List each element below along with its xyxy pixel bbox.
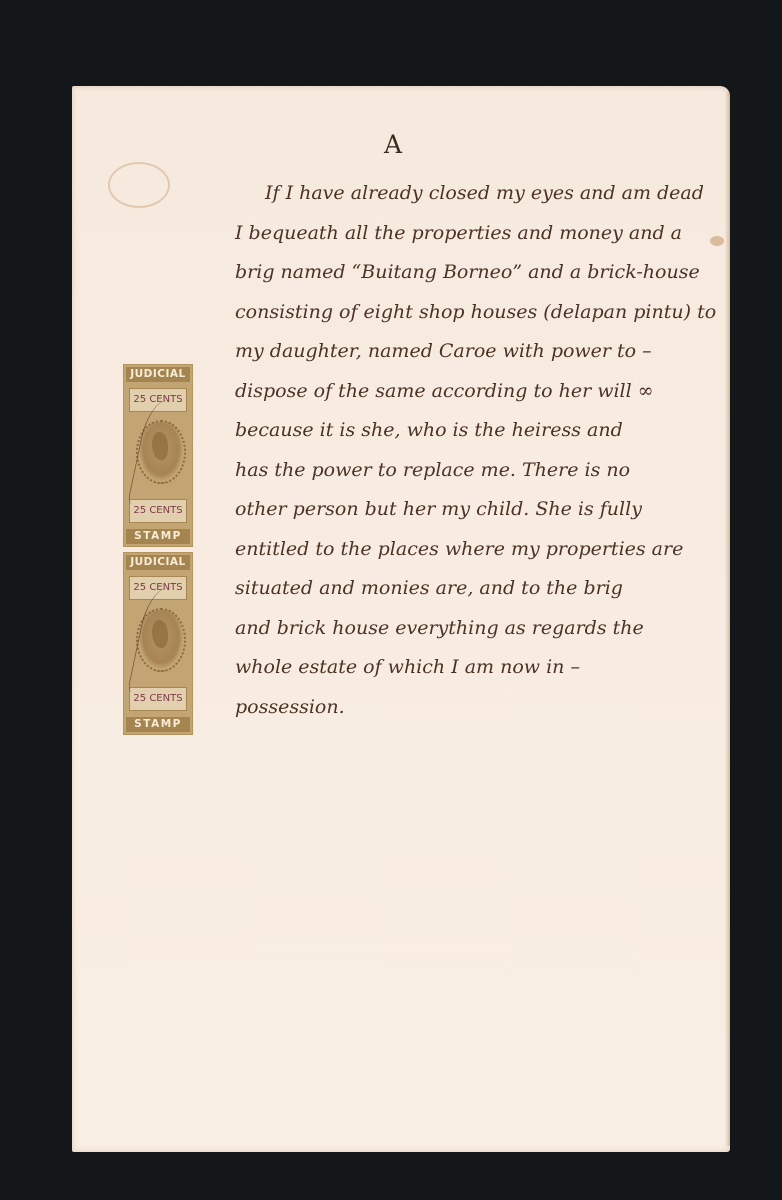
text-line: whole estate of which I am now in –: [235, 648, 730, 688]
text-line: dispose of the same according to her wil…: [235, 372, 730, 412]
stain-ring: [108, 162, 170, 208]
text-line: If I have already closed my eyes and am …: [235, 174, 730, 214]
text-line: possession.: [235, 688, 730, 728]
text-line: situated and monies are, and to the brig: [235, 569, 730, 609]
text-line: consisting of eight shop houses (delapan…: [235, 293, 730, 333]
text-line: brig named “Buitang Borneo” and a brick-…: [235, 253, 730, 293]
text-line: has the power to replace me. There is no: [235, 451, 730, 491]
manuscript-page: A If I have already closed my eyes and a…: [72, 86, 730, 1152]
stamp-top-label: JUDICIAL: [126, 555, 190, 570]
judicial-stamp: JUDICIAL 25 CENTS 25 CENTS STAMP: [123, 552, 193, 735]
text-line: my daughter, named Caroe with power to –: [235, 332, 730, 372]
text-line: other person but her my child. She is fu…: [235, 490, 730, 530]
cancellation-mark-icon: [127, 584, 200, 702]
handwritten-paragraph: If I have already closed my eyes and am …: [235, 174, 730, 727]
stamp-top-label: JUDICIAL: [126, 367, 190, 382]
stamp-bottom-label: STAMP: [126, 717, 190, 732]
text-line: entitled to the places where my properti…: [235, 530, 730, 570]
document-heading: A: [384, 130, 403, 159]
text-line: because it is she, who is the heiress an…: [235, 411, 730, 451]
stamp-bottom-label: STAMP: [126, 529, 190, 544]
text-line: and brick house everything as regards th…: [235, 609, 730, 649]
judicial-stamp: JUDICIAL 25 CENTS 25 CENTS STAMP: [123, 364, 193, 547]
text-line: I bequeath all the properties and money …: [235, 214, 730, 254]
cancellation-mark-icon: [127, 396, 200, 514]
